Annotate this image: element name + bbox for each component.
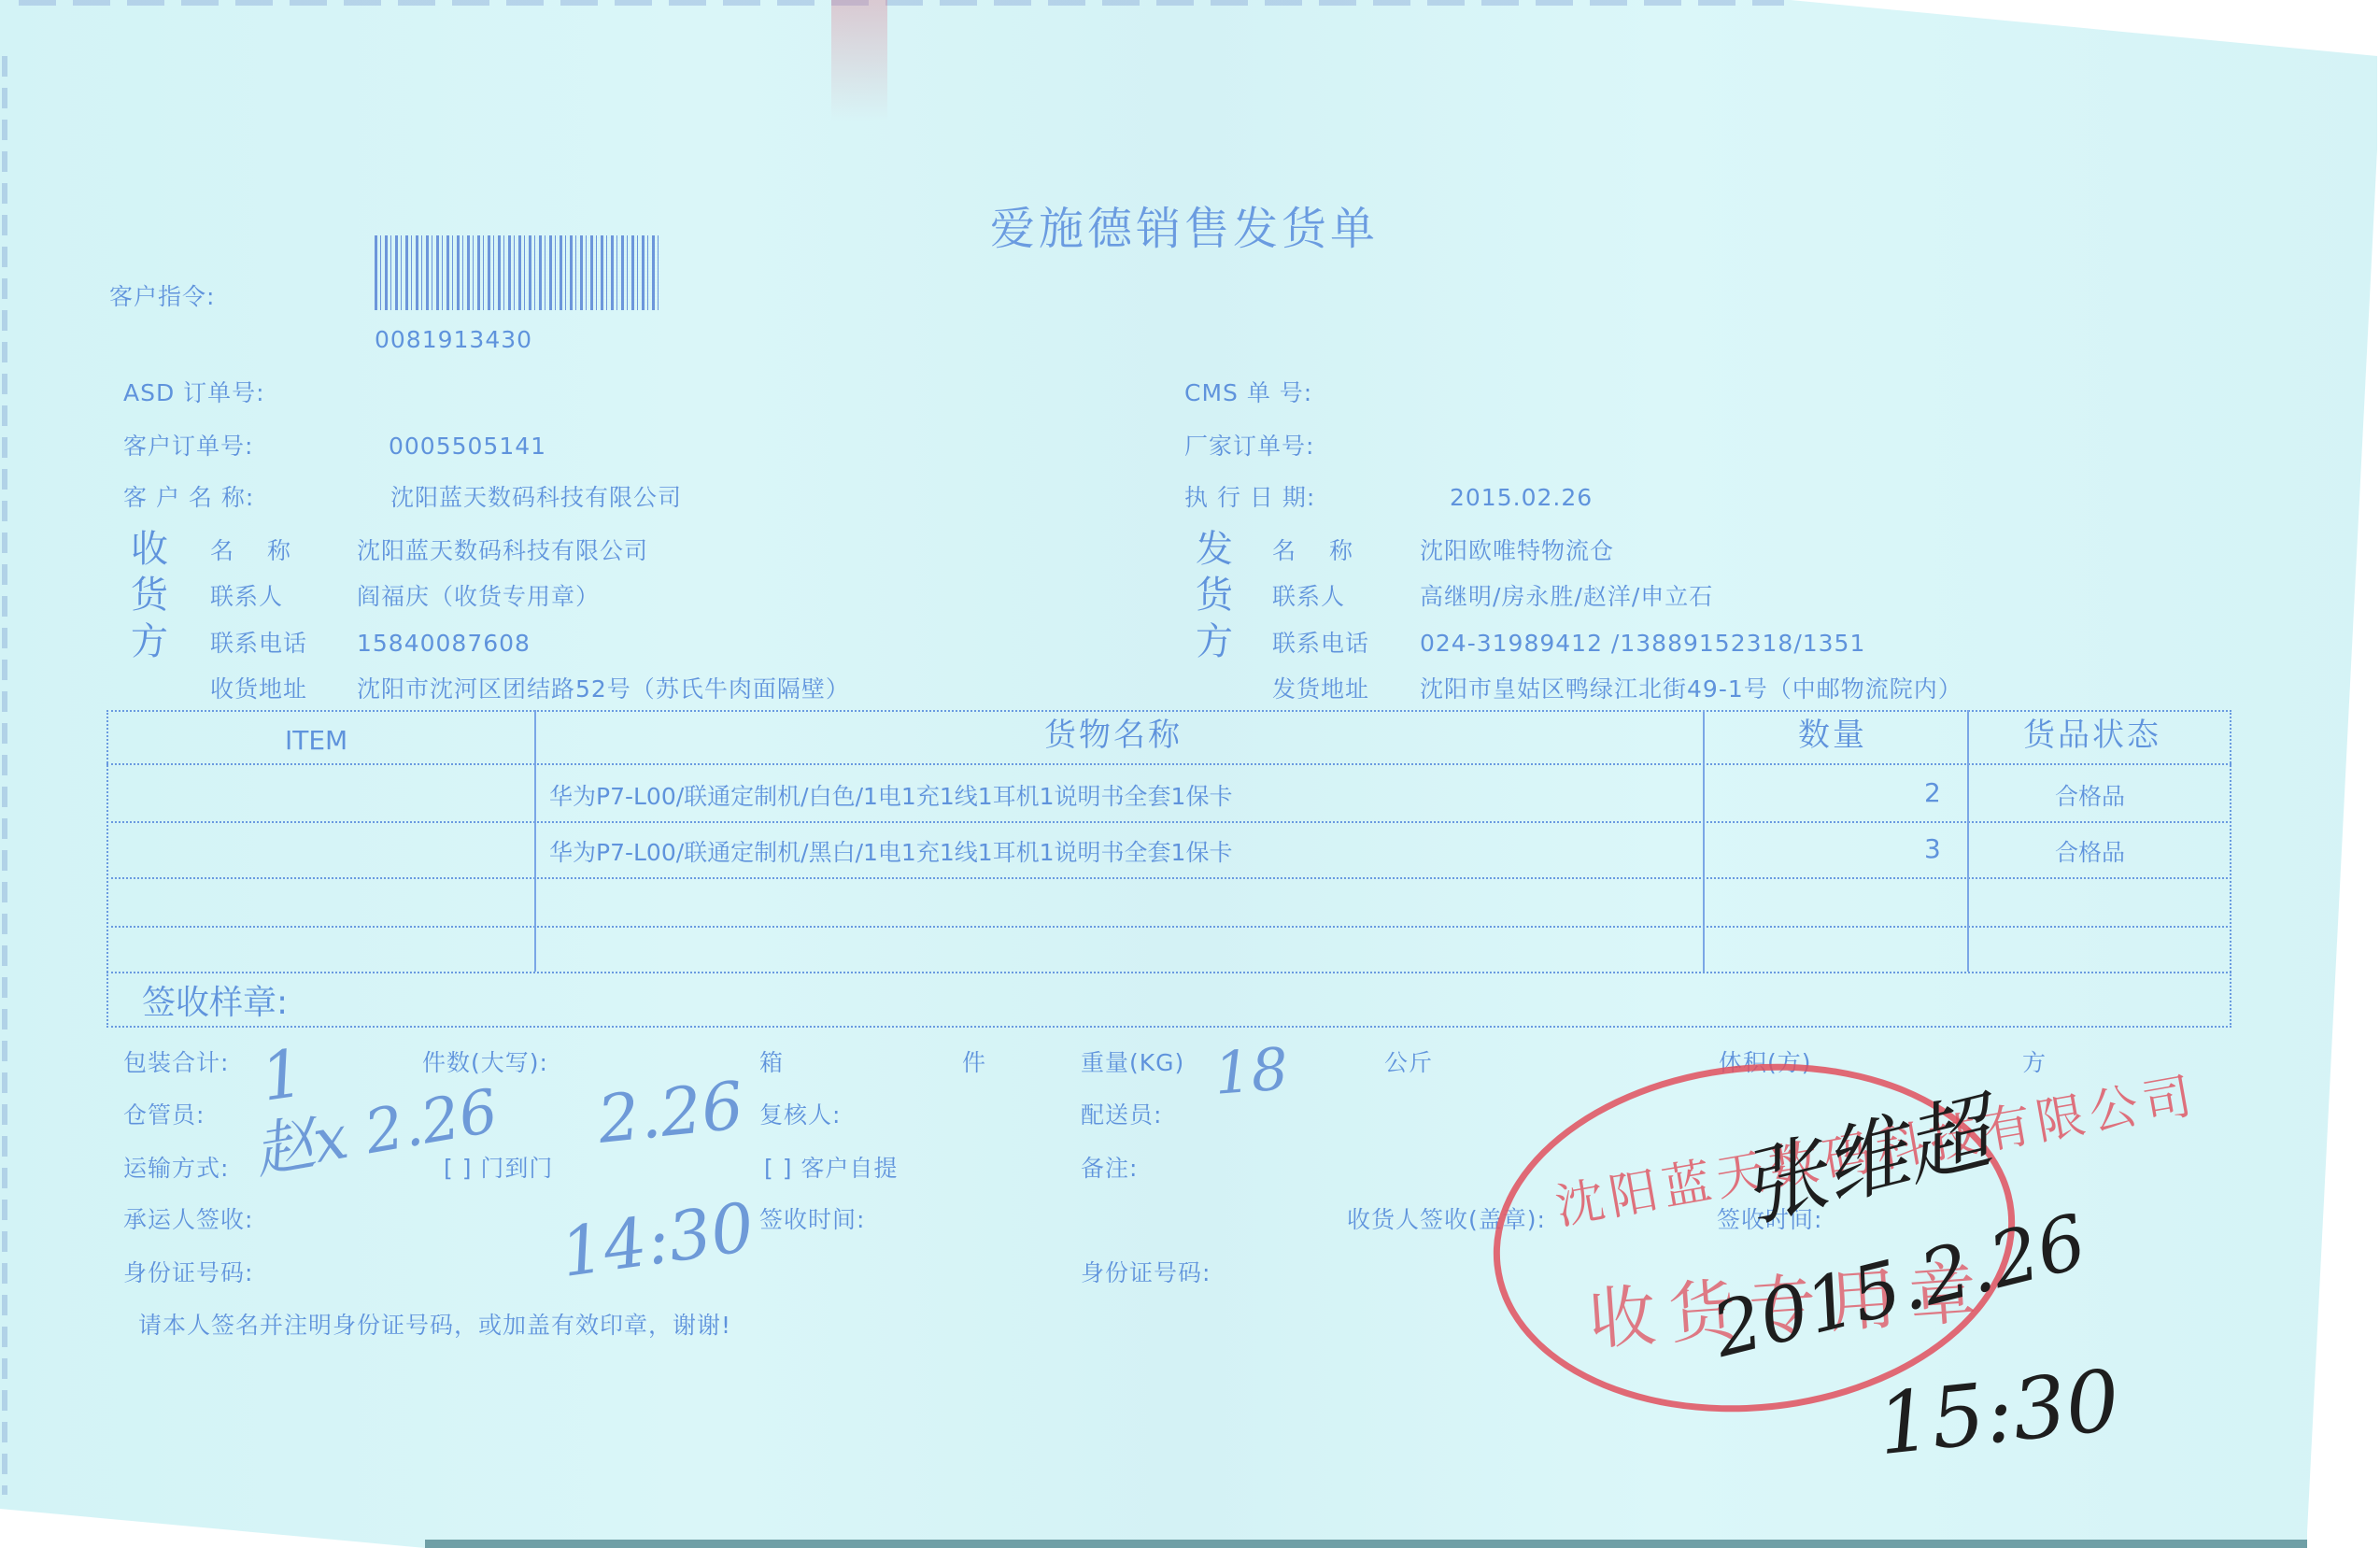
customer-name-value: 沈阳蓝天数码科技有限公司 [390, 484, 682, 512]
dispatcher-label: 配送员: [1081, 1101, 1162, 1129]
customer-order-label: 客户订单号: [123, 433, 253, 461]
shipper-address-value: 沈阳市皇姑区鸭绿江北街49-1号（中邮物流院内） [1420, 675, 1962, 703]
box-label: 箱 [759, 1049, 784, 1077]
row-quantity: 3 [1924, 835, 1941, 863]
shipper-contact-value: 高继明/房永胜/赵洋/申立石 [1420, 583, 1713, 611]
barcode-icon [375, 235, 660, 310]
cms-label: CMS 单 号: [1184, 379, 1312, 407]
door-to-door-checkbox[interactable]: [ ] 门到门 [444, 1155, 553, 1183]
self-pickup-checkbox[interactable]: [ ] 客户自提 [764, 1155, 898, 1183]
table-divider [106, 877, 2231, 879]
ink-smudge [831, 0, 887, 121]
transport-method-label: 运输方式: [123, 1155, 229, 1183]
document-title: 爱施德销售发货单 [990, 204, 1379, 254]
table-divider [106, 972, 2231, 973]
carrier-sign-label: 承运人签收: [123, 1206, 253, 1234]
bottom-edge-strip [425, 1540, 2307, 1548]
warehouse-keeper-label: 仓管员: [123, 1101, 205, 1129]
shipper-side-char-3: 方 [1196, 621, 1234, 662]
row-status: 合格品 [2055, 839, 2125, 867]
row-status: 合格品 [2055, 783, 2125, 811]
table-column-divider [534, 710, 536, 972]
remark-label: 备注: [1081, 1155, 1138, 1183]
table-header-goods-name: 货物名称 [1044, 721, 1183, 749]
table-column-divider [1703, 710, 1705, 972]
receiver-phone-label: 联系电话 [210, 630, 307, 658]
receiver-contact-label: 联系人 [210, 583, 283, 611]
receiver-contact-value: 阎福庆（收货专用章） [357, 583, 600, 611]
reviewer-label: 复核人: [759, 1101, 841, 1129]
shipper-side-char-2: 货 [1196, 575, 1234, 616]
receiver-name-value: 沈阳蓝天数码科技有限公司 [357, 537, 648, 565]
table-header-item: ITEM [285, 727, 347, 755]
carrier-sign-time-label: 签收时间: [759, 1206, 865, 1234]
table-header-quantity: 数量 [1798, 721, 1867, 749]
goods-table [106, 710, 2231, 1028]
package-total-label: 包装合计: [123, 1049, 229, 1077]
shipper-phone-value: 024-31989412 /13889152318/1351 [1420, 630, 1865, 658]
row-goods-name: 华为P7-L00/联通定制机/白色/1电1充1线1耳机1说明书全套1保卡 [549, 783, 1232, 811]
left-perforation [2, 56, 7, 1495]
shipper-name-label: 名 称 [1272, 537, 1366, 565]
handwritten-carrier-date: 2.26 [594, 1067, 747, 1158]
receiver-address-value: 沈阳市沈河区团结路52号（苏氏牛肉面隔壁） [357, 675, 850, 703]
table-header-status: 货品状态 [2023, 721, 2161, 749]
id-number-label-left: 身份证号码: [123, 1259, 253, 1287]
receiver-name-label: 名 称 [210, 537, 304, 565]
sign-sample-label: 签收样章: [142, 985, 288, 1022]
volume-unit: 方 [2022, 1049, 2047, 1077]
id-number-label-right: 身份证号码: [1081, 1259, 1211, 1287]
top-perforation [19, 0, 1784, 6]
factory-order-label: 厂家订单号: [1184, 433, 1314, 461]
receiver-side-char-3: 方 [131, 621, 169, 662]
row-goods-name: 华为P7-L00/联通定制机/黑白/1电1充1线1耳机1说明书全套1保卡 [549, 839, 1232, 867]
shipper-phone-label: 联系电话 [1272, 630, 1369, 658]
customer-instruction-label: 客户指令: [109, 283, 215, 311]
row-quantity: 2 [1924, 779, 1941, 807]
weight-unit: 公斤 [1384, 1049, 1433, 1077]
receiver-address-label: 收货地址 [210, 675, 307, 703]
customer-name-label: 客 户 名 称: [123, 484, 254, 512]
receiver-phone-value: 15840087608 [357, 630, 531, 658]
customer-instruction-value: 0081913430 [375, 326, 532, 354]
exec-date-label: 执 行 日 期: [1184, 484, 1315, 512]
table-column-divider [1967, 710, 1969, 972]
receiver-side-char-2: 货 [131, 575, 169, 616]
shipper-name-value: 沈阳欧唯特物流仓 [1420, 537, 1614, 565]
shipper-address-label: 发货地址 [1272, 675, 1369, 703]
notice-text: 请本人签名并注明身份证号码，或加盖有效印章，谢谢! [138, 1312, 731, 1340]
customer-order-value: 0005505141 [389, 433, 546, 461]
receiver-side-char-1: 收 [131, 529, 169, 570]
piece-label: 件 [962, 1049, 986, 1077]
shipper-contact-label: 联系人 [1272, 583, 1345, 611]
table-divider [106, 926, 2231, 928]
handwritten-weight: 18 [1212, 1034, 1291, 1107]
table-divider [106, 821, 2231, 823]
table-divider [106, 763, 2231, 765]
shipper-side-char-1: 发 [1196, 529, 1234, 570]
weight-label: 重量(KG) [1081, 1049, 1184, 1077]
asd-order-label: ASD 订单号: [123, 379, 265, 407]
exec-date-value: 2015.02.26 [1450, 484, 1593, 512]
